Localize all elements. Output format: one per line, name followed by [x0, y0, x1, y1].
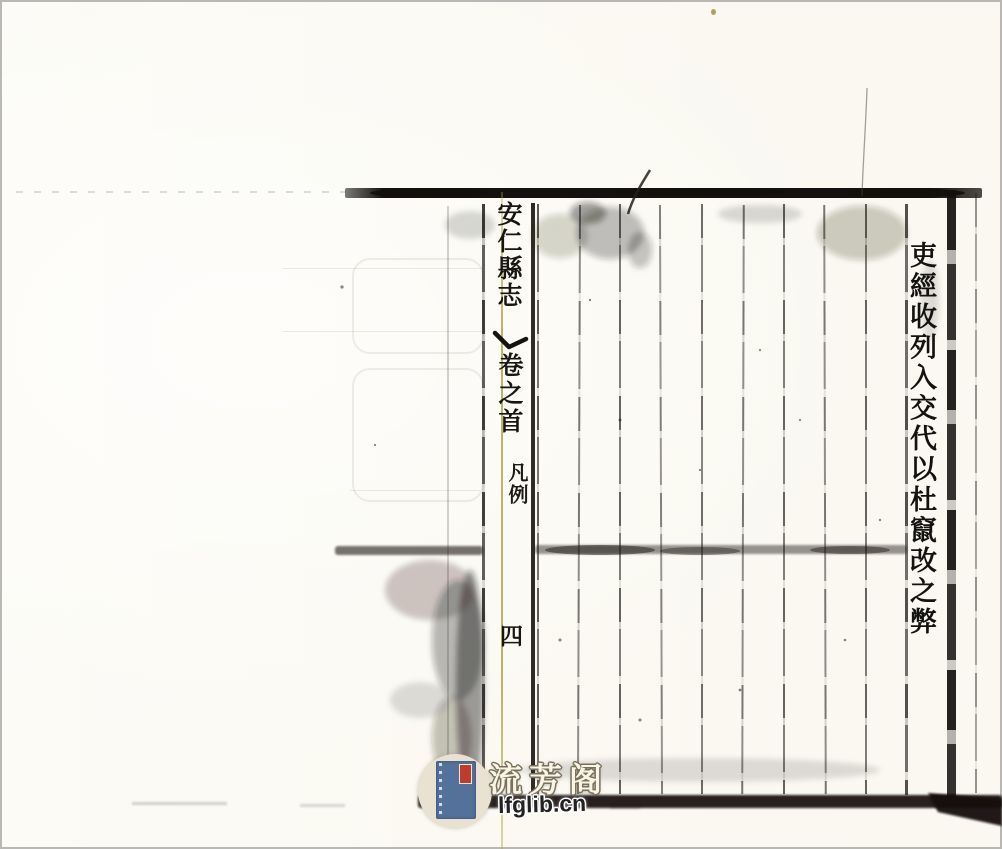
spine-book-title: 安仁縣志	[489, 201, 525, 309]
book-stitching	[439, 763, 442, 817]
book-title-label	[459, 764, 472, 784]
spine-section-title: 卷之首	[490, 352, 526, 436]
stitched-book-logo-icon	[436, 761, 476, 819]
spine-subsection-title: 凡例	[502, 462, 531, 506]
fishtail-icon	[492, 330, 530, 354]
main-text-column: 吏經收列入交代以杜竄改之弊	[902, 241, 941, 638]
watermark: 流芳阁 lfglib.cn	[405, 748, 665, 828]
scanned-page: 安仁縣志 卷之首 凡例 四 吏經收列入交代以杜竄改之弊 流芳阁 lfglib.c…	[0, 0, 1002, 849]
page-number: 四	[493, 624, 526, 647]
watermark-site-url: lfglib.cn	[498, 790, 587, 819]
